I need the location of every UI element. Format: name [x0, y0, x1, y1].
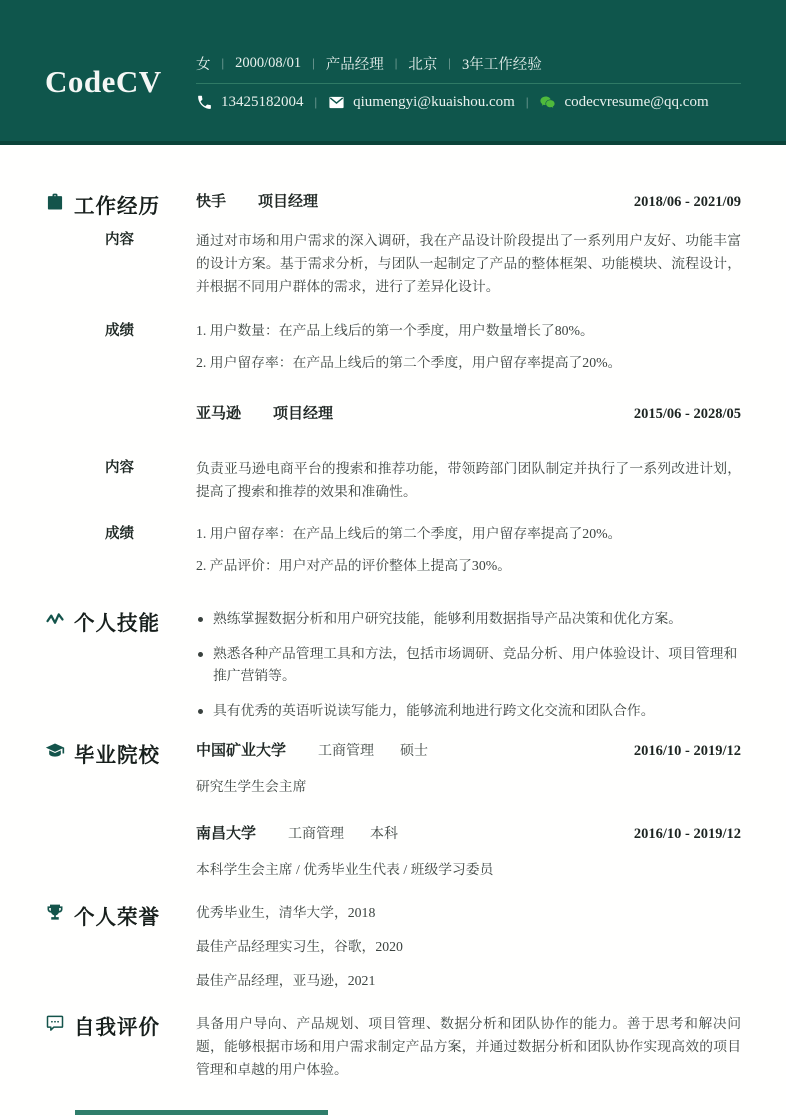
- section-education: 毕业院校 中国矿业大学 工商管理 硕士 2016/10 - 2019/12 研究…: [45, 740, 741, 880]
- education-entry: 中国矿业大学 工商管理 硕士 2016/10 - 2019/12 研究生学生会主…: [196, 740, 741, 797]
- contact-line: 13425182004 | qiumengyi@kuaishou.com | c…: [196, 94, 741, 111]
- wechat-contact: codecvresume@qq.com: [539, 94, 708, 111]
- separator: |: [222, 55, 225, 71]
- briefcase-icon: [45, 192, 65, 217]
- honor-item: 优秀毕业生，清华大学，2018: [196, 902, 741, 923]
- section-title: 自我评价: [74, 1010, 160, 1040]
- section-title: 个人荣誉: [74, 900, 160, 930]
- job-results-row: 成绩 1. 用户数量：在产品上线后的第一个季度，用户数量增长了80%。 2. 用…: [105, 320, 741, 373]
- education-note: 研究生学生会主席: [196, 776, 741, 797]
- degree: 本科: [370, 827, 398, 842]
- gender: 女: [196, 53, 211, 74]
- city: 北京: [408, 53, 437, 74]
- school-name: 南昌大学: [196, 826, 256, 842]
- result-item: 1. 用户留存率：在产品上线后的第二个季度，用户留存率提高了20%。: [196, 523, 741, 544]
- wechat-address: codecvresume@qq.com: [564, 94, 708, 111]
- job-header: 亚马逊 项目经理 2015/06 - 2028/05: [196, 403, 741, 425]
- education-entry: 南昌大学 工商管理 本科 2016/10 - 2019/12 本科学生会主席 /…: [196, 823, 741, 880]
- header-info: 女 | 2000/08/01 | 产品经理 | 北京 | 3年工作经验 1342…: [196, 53, 741, 111]
- skills-section-header: 个人技能: [45, 606, 196, 636]
- phone-icon: [196, 94, 213, 111]
- separator: |: [315, 94, 318, 110]
- honor-item: 最佳产品经理，亚马逊，2021: [196, 970, 741, 991]
- section-title: 工作经历: [74, 189, 160, 219]
- job-role: 项目经理: [273, 406, 333, 422]
- honors-list: 优秀毕业生，清华大学，2018 最佳产品经理实习生，谷歌，2020 最佳产品经理…: [196, 902, 741, 991]
- wechat-icon: [539, 94, 556, 111]
- company-name: 亚马逊: [196, 406, 241, 422]
- major: 工商管理: [288, 827, 344, 842]
- education-dates: 2016/10 - 2019/12: [634, 823, 741, 845]
- job-results-list: 1. 用户留存率：在产品上线后的第二个季度，用户留存率提高了20%。 2. 产品…: [196, 523, 741, 576]
- job-title-group: 亚马逊 项目经理: [196, 403, 333, 425]
- separator: |: [448, 55, 451, 71]
- skills-list: 熟练掌握数据分析和用户研究技能，能够利用数据指导产品决策和优化方案。 熟悉各种产…: [196, 608, 741, 722]
- job-content-text: 负责亚马逊电商平台的搜索和推荐功能，带领跨部门团队制定并执行了一系列改进计划，提…: [196, 457, 741, 503]
- email-contact: qiumengyi@kuaishou.com: [328, 94, 515, 111]
- job-results-row: 成绩 1. 用户留存率：在产品上线后的第二个季度，用户留存率提高了20%。 2.…: [105, 523, 741, 576]
- results-label: 成绩: [105, 523, 196, 576]
- content-label: 内容: [105, 229, 196, 298]
- result-item: 2. 用户留存率：在产品上线后的第二个季度，用户留存率提高了20%。: [196, 352, 741, 373]
- section-honors: 个人荣誉 优秀毕业生，清华大学，2018 最佳产品经理实习生，谷歌，2020 最…: [45, 902, 741, 991]
- resume-body: 工作经历 快手 项目经理 2018/06 - 2021/09 内容 通过对市场和…: [0, 145, 786, 1081]
- separator: |: [526, 94, 529, 110]
- education-title-group: 南昌大学 工商管理 本科: [196, 823, 398, 846]
- work-section-header: 工作经历: [45, 189, 196, 219]
- section-work-experience: 工作经历 快手 项目经理 2018/06 - 2021/09 内容 通过对市场和…: [45, 191, 741, 576]
- section-title: 毕业院校: [74, 738, 160, 768]
- job-target: 产品经理: [326, 53, 384, 74]
- separator: |: [312, 55, 315, 71]
- job-results-list: 1. 用户数量：在产品上线后的第一个季度，用户数量增长了80%。 2. 用户留存…: [196, 320, 741, 373]
- email-address: qiumengyi@kuaishou.com: [353, 94, 515, 111]
- school-name: 中国矿业大学: [196, 743, 286, 759]
- company-name: 快手: [196, 194, 226, 210]
- birthdate: 2000/08/01: [235, 55, 301, 72]
- honors-section-header: 个人荣誉: [45, 900, 196, 930]
- education-note: 本科学生会主席 / 优秀毕业生代表 / 班级学习委员: [196, 859, 741, 880]
- skill-item: 具有优秀的英语听说读写能力，能够流利地进行跨文化交流和团队合作。: [196, 700, 741, 722]
- resume-header: CodeCV 女 | 2000/08/01 | 产品经理 | 北京 | 3年工作…: [0, 0, 786, 145]
- skill-item: 熟练掌握数据分析和用户研究技能，能够利用数据指导产品决策和优化方案。: [196, 608, 741, 630]
- job-title-group: 快手 项目经理: [196, 191, 318, 213]
- comment-dots-icon: [45, 1013, 65, 1038]
- section-title: 个人技能: [74, 606, 160, 636]
- major: 工商管理: [318, 744, 374, 759]
- mail-icon: [328, 94, 345, 111]
- education-section-header: 毕业院校: [45, 738, 196, 768]
- phone-contact: 13425182004: [196, 94, 304, 111]
- phone-number: 13425182004: [221, 94, 304, 111]
- content-label: 内容: [105, 457, 196, 503]
- job-role: 项目经理: [258, 194, 318, 210]
- trophy-icon: [45, 903, 65, 928]
- evaluation-text: 具备用户导向、产品规划、项目管理、数据分析和团队协作的能力。善于思考和解决问题，…: [196, 1012, 741, 1081]
- profile-line: 女 | 2000/08/01 | 产品经理 | 北京 | 3年工作经验: [196, 53, 741, 84]
- evaluation-section-header: 自我评价: [45, 1010, 196, 1040]
- page-break-bar: [75, 1110, 328, 1115]
- section-self-evaluation: 自我评价 具备用户导向、产品规划、项目管理、数据分析和团队协作的能力。善于思考和…: [45, 1012, 741, 1081]
- section-skills: 个人技能 熟练掌握数据分析和用户研究技能，能够利用数据指导产品决策和优化方案。 …: [45, 608, 741, 722]
- result-item: 2. 产品评价：用户对产品的评价整体上提高了30%。: [196, 555, 741, 576]
- logo: CodeCV: [45, 64, 196, 100]
- results-label: 成绩: [105, 320, 196, 373]
- result-item: 1. 用户数量：在产品上线后的第一个季度，用户数量增长了80%。: [196, 320, 741, 341]
- education-header: 南昌大学 工商管理 本科 2016/10 - 2019/12: [196, 823, 741, 846]
- education-dates: 2016/10 - 2019/12: [634, 740, 741, 762]
- education-title-group: 中国矿业大学 工商管理 硕士: [196, 740, 428, 763]
- job-dates: 2018/06 - 2021/09: [634, 191, 741, 213]
- job-content-row: 内容 通过对市场和用户需求的深入调研，我在产品设计阶段提出了一系列用户友好、功能…: [105, 229, 741, 298]
- separator: |: [395, 55, 398, 71]
- activity-icon: [45, 609, 65, 634]
- job-content-text: 通过对市场和用户需求的深入调研，我在产品设计阶段提出了一系列用户友好、功能丰富的…: [196, 229, 741, 298]
- experience-years: 3年工作经验: [462, 53, 542, 74]
- skill-item: 熟悉各种产品管理工具和方法，包括市场调研、竞品分析、用户体验设计、项目管理和推广…: [196, 643, 741, 687]
- degree: 硕士: [400, 744, 428, 759]
- job-dates: 2015/06 - 2028/05: [634, 403, 741, 425]
- job-content-row: 内容 负责亚马逊电商平台的搜索和推荐功能，带领跨部门团队制定并执行了一系列改进计…: [105, 457, 741, 503]
- honor-item: 最佳产品经理实习生，谷歌，2020: [196, 936, 741, 957]
- graduation-cap-icon: [45, 741, 65, 766]
- education-header: 中国矿业大学 工商管理 硕士 2016/10 - 2019/12: [196, 740, 741, 763]
- job-header: 快手 项目经理 2018/06 - 2021/09: [196, 191, 741, 213]
